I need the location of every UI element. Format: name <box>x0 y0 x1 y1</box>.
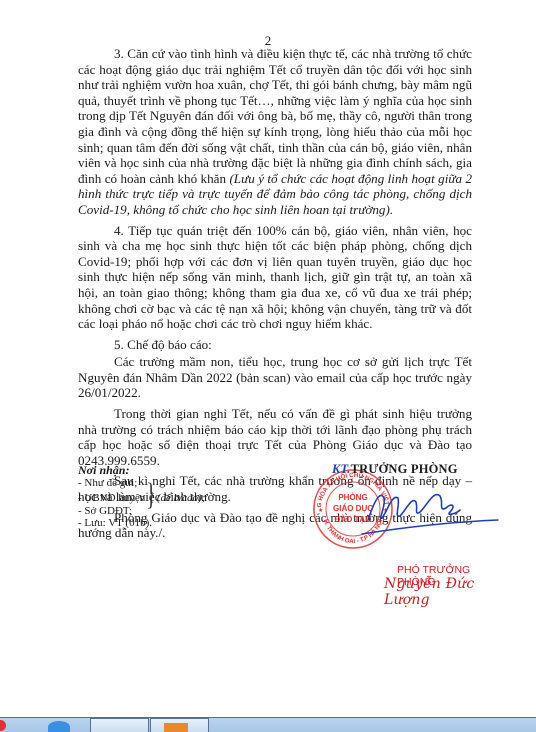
taskbar-window-button[interactable] <box>90 718 149 732</box>
signature-block: CỘNG HÒA XÃ HỘI CHỦ NGHĨA VIỆT NAM H. TH… <box>300 460 500 590</box>
paragraph-4: 4. Tiếp tục quán triệt đến 100% cán bộ, … <box>78 223 472 332</box>
recipients-block: Nơi nhận: - Như đề gửi; - UBND huyện}(để… <box>78 464 205 530</box>
signatory-name: Nguyễn Đức Lượng <box>384 576 500 608</box>
recipient-item: - Như đề gửi; <box>78 477 205 490</box>
paragraph-3: 3. Căn cứ vào tình hình và điều kiện thự… <box>78 46 472 218</box>
paragraph-report-deadline: Các trường mầm non, tiểu học, trung học … <box>78 354 472 401</box>
recipient-item: - UBND huyện}(để b/cáo); <box>78 489 205 505</box>
recipients-heading: Nơi nhận: <box>78 464 205 477</box>
taskbar-window-button[interactable] <box>150 718 209 732</box>
svg-text:★: ★ <box>318 507 323 514</box>
recipient-item: - Lưu: VT (01b). <box>78 517 205 530</box>
browser-icon[interactable] <box>48 721 70 732</box>
signatory-prefix: KT. <box>332 462 351 476</box>
recipient-item: - Sở GDĐT; <box>78 505 205 518</box>
start-button[interactable] <box>0 720 6 731</box>
paragraph-3-text: 3. Căn cứ vào tình hình và điều kiện thự… <box>78 46 472 186</box>
handwritten-signature-icon <box>360 476 500 536</box>
recipient-brace-note: (để b/cáo); <box>157 492 206 504</box>
signatory-title: KT.TRƯỞNG PHÒNG <box>332 462 458 477</box>
taskbar <box>0 717 536 732</box>
recipient-item-text: - UBND huyện <box>78 492 145 504</box>
signatory-title-text: TRƯỞNG PHÒNG <box>351 462 458 476</box>
document-page: 2 3. Căn cứ vào tình hình và điều kiện t… <box>0 0 536 717</box>
brace-icon: } <box>146 486 156 505</box>
presentation-app-icon <box>164 723 188 732</box>
paragraph-5-heading: 5. Chế độ báo cáo: <box>78 337 472 353</box>
